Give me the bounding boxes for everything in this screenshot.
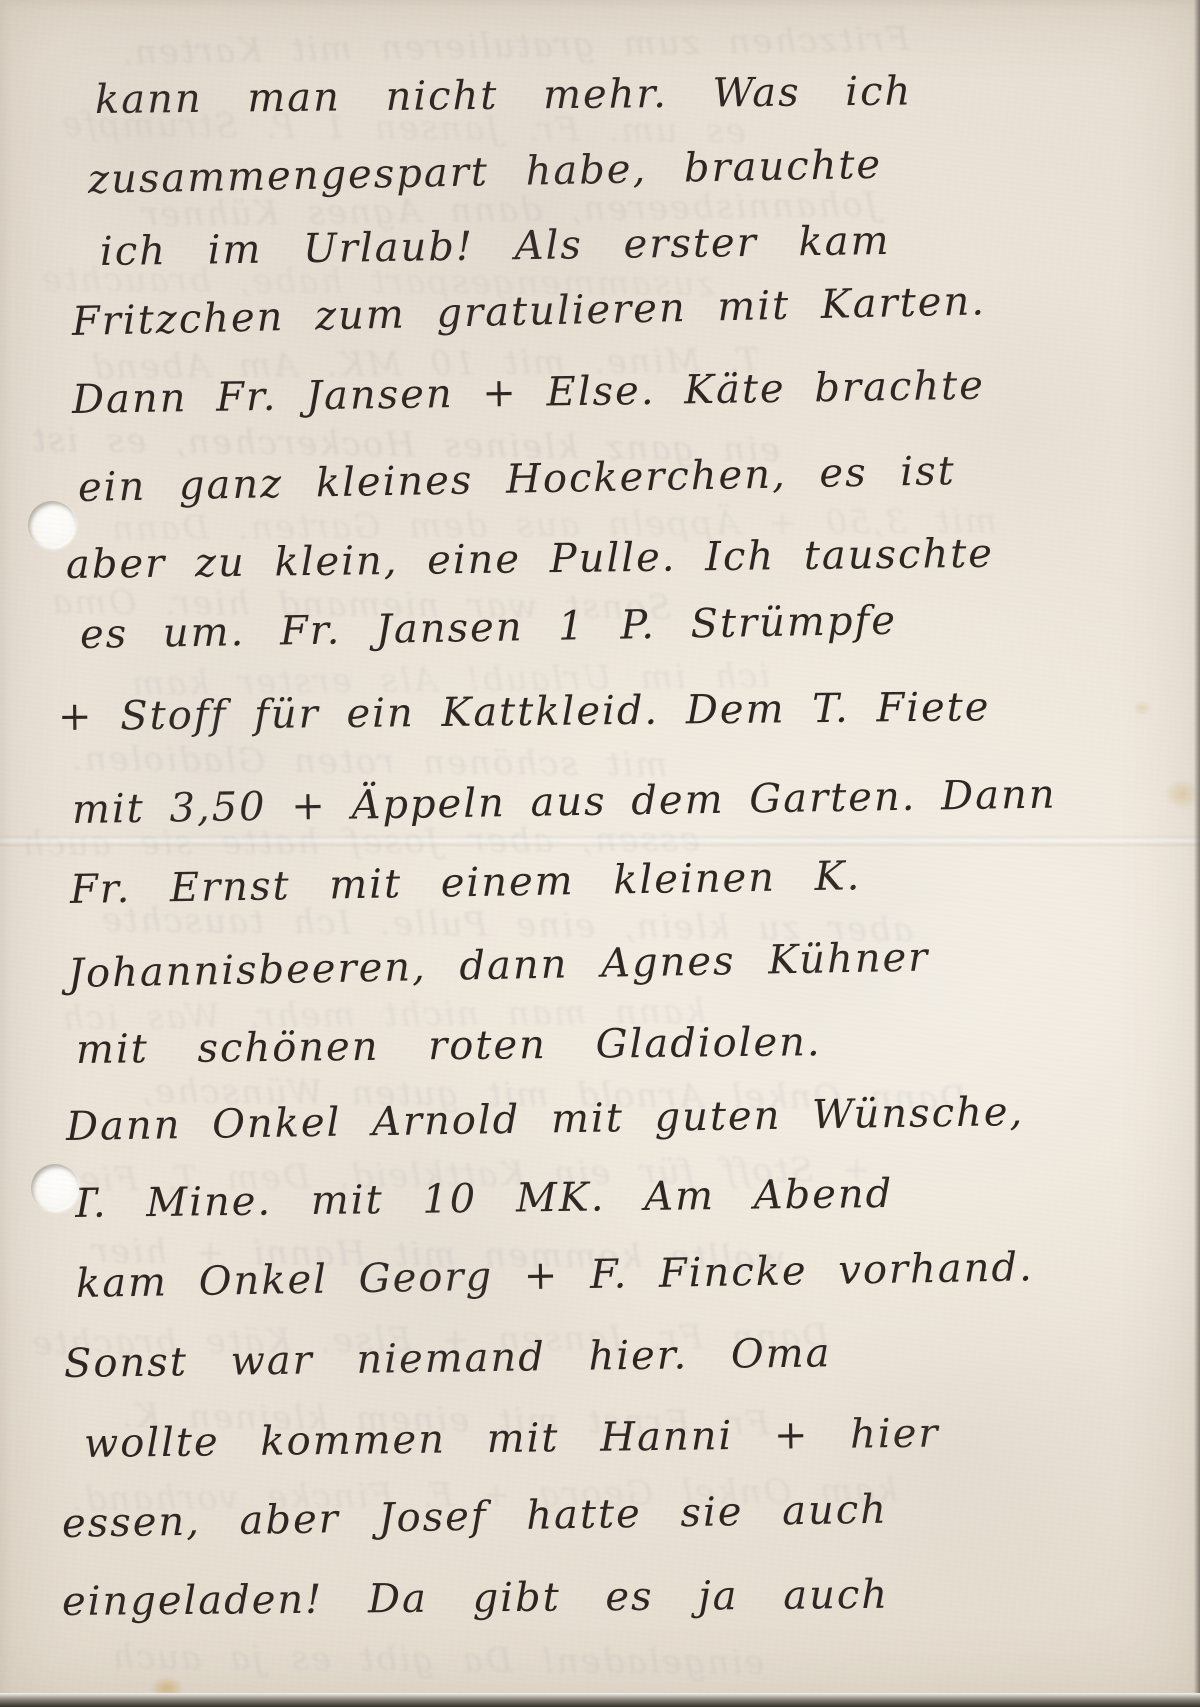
handwritten-line: wollte kommen mit Hanni + hier [84,1412,940,1466]
stain [1164,778,1200,810]
handwritten-line: mit schönen roten Gladiolen. [76,1020,822,1072]
handwritten-line: Dann Fr. Jansen + Else. Käte brachte [72,364,986,422]
handwritten-line: es um. Fr. Jansen 1 P. Strümpfe [80,599,898,657]
handwritten-line: Dann Onkel Arnold mit guten Wünsche, [66,1090,1025,1149]
punch-hole-bottom [31,1164,79,1212]
scan-edge-bottom [0,1693,1200,1707]
bleed-through-line: Fritzchen zum gratulieren mit Karten. [120,19,910,73]
handwritten-line: eingeladen! Da gibt es ja auch [62,1573,889,1624]
handwritten-line: + Stoff für ein Kattkleid. Dem T. Fiete [58,685,991,739]
handwritten-line: T. Mine. mit 10 MK. Am Abend [70,1172,894,1226]
handwritten-line: Fr. Ernst mit einem kleinen K. [70,854,862,912]
punch-hole-top [28,501,76,549]
handwritten-line: kam Onkel Georg + F. Fincke vorhand. [76,1245,1034,1306]
letter-page: Fritzchen zum gratulieren mit Karten. es… [0,0,1200,1707]
handwritten-line: ich im Urlaub! Als erster kam [100,219,891,274]
handwritten-line: zusammengespart habe, brauchte [88,143,883,202]
handwritten-line: Fritzchen zum gratulieren mit Karten. [72,279,987,344]
scan-edge-right [1194,0,1200,1707]
handwritten-line: Johannisbeeren, dann Agnes Kühner [68,935,930,996]
fold-crease [0,836,1200,846]
handwritten-line: essen, aber Josef hatte sie auch [62,1488,889,1546]
stain [150,1676,184,1700]
handwritten-line: ein ganz kleines Hockerchen, es ist [78,449,957,510]
bleed-through-line: eingeladen! Da gibt es ja auch [110,1637,765,1683]
handwritten-line: aber zu klein, eine Pulle. Ich tauschte [66,532,994,587]
stain [1132,700,1152,716]
handwritten-line: mit 3,50 + Äppeln aus dem Garten. Dann [72,773,1057,832]
handwritten-line: kann man nicht mehr. Was ich [95,69,913,122]
handwritten-line: Sonst war niemand hier. Oma [64,1331,832,1386]
